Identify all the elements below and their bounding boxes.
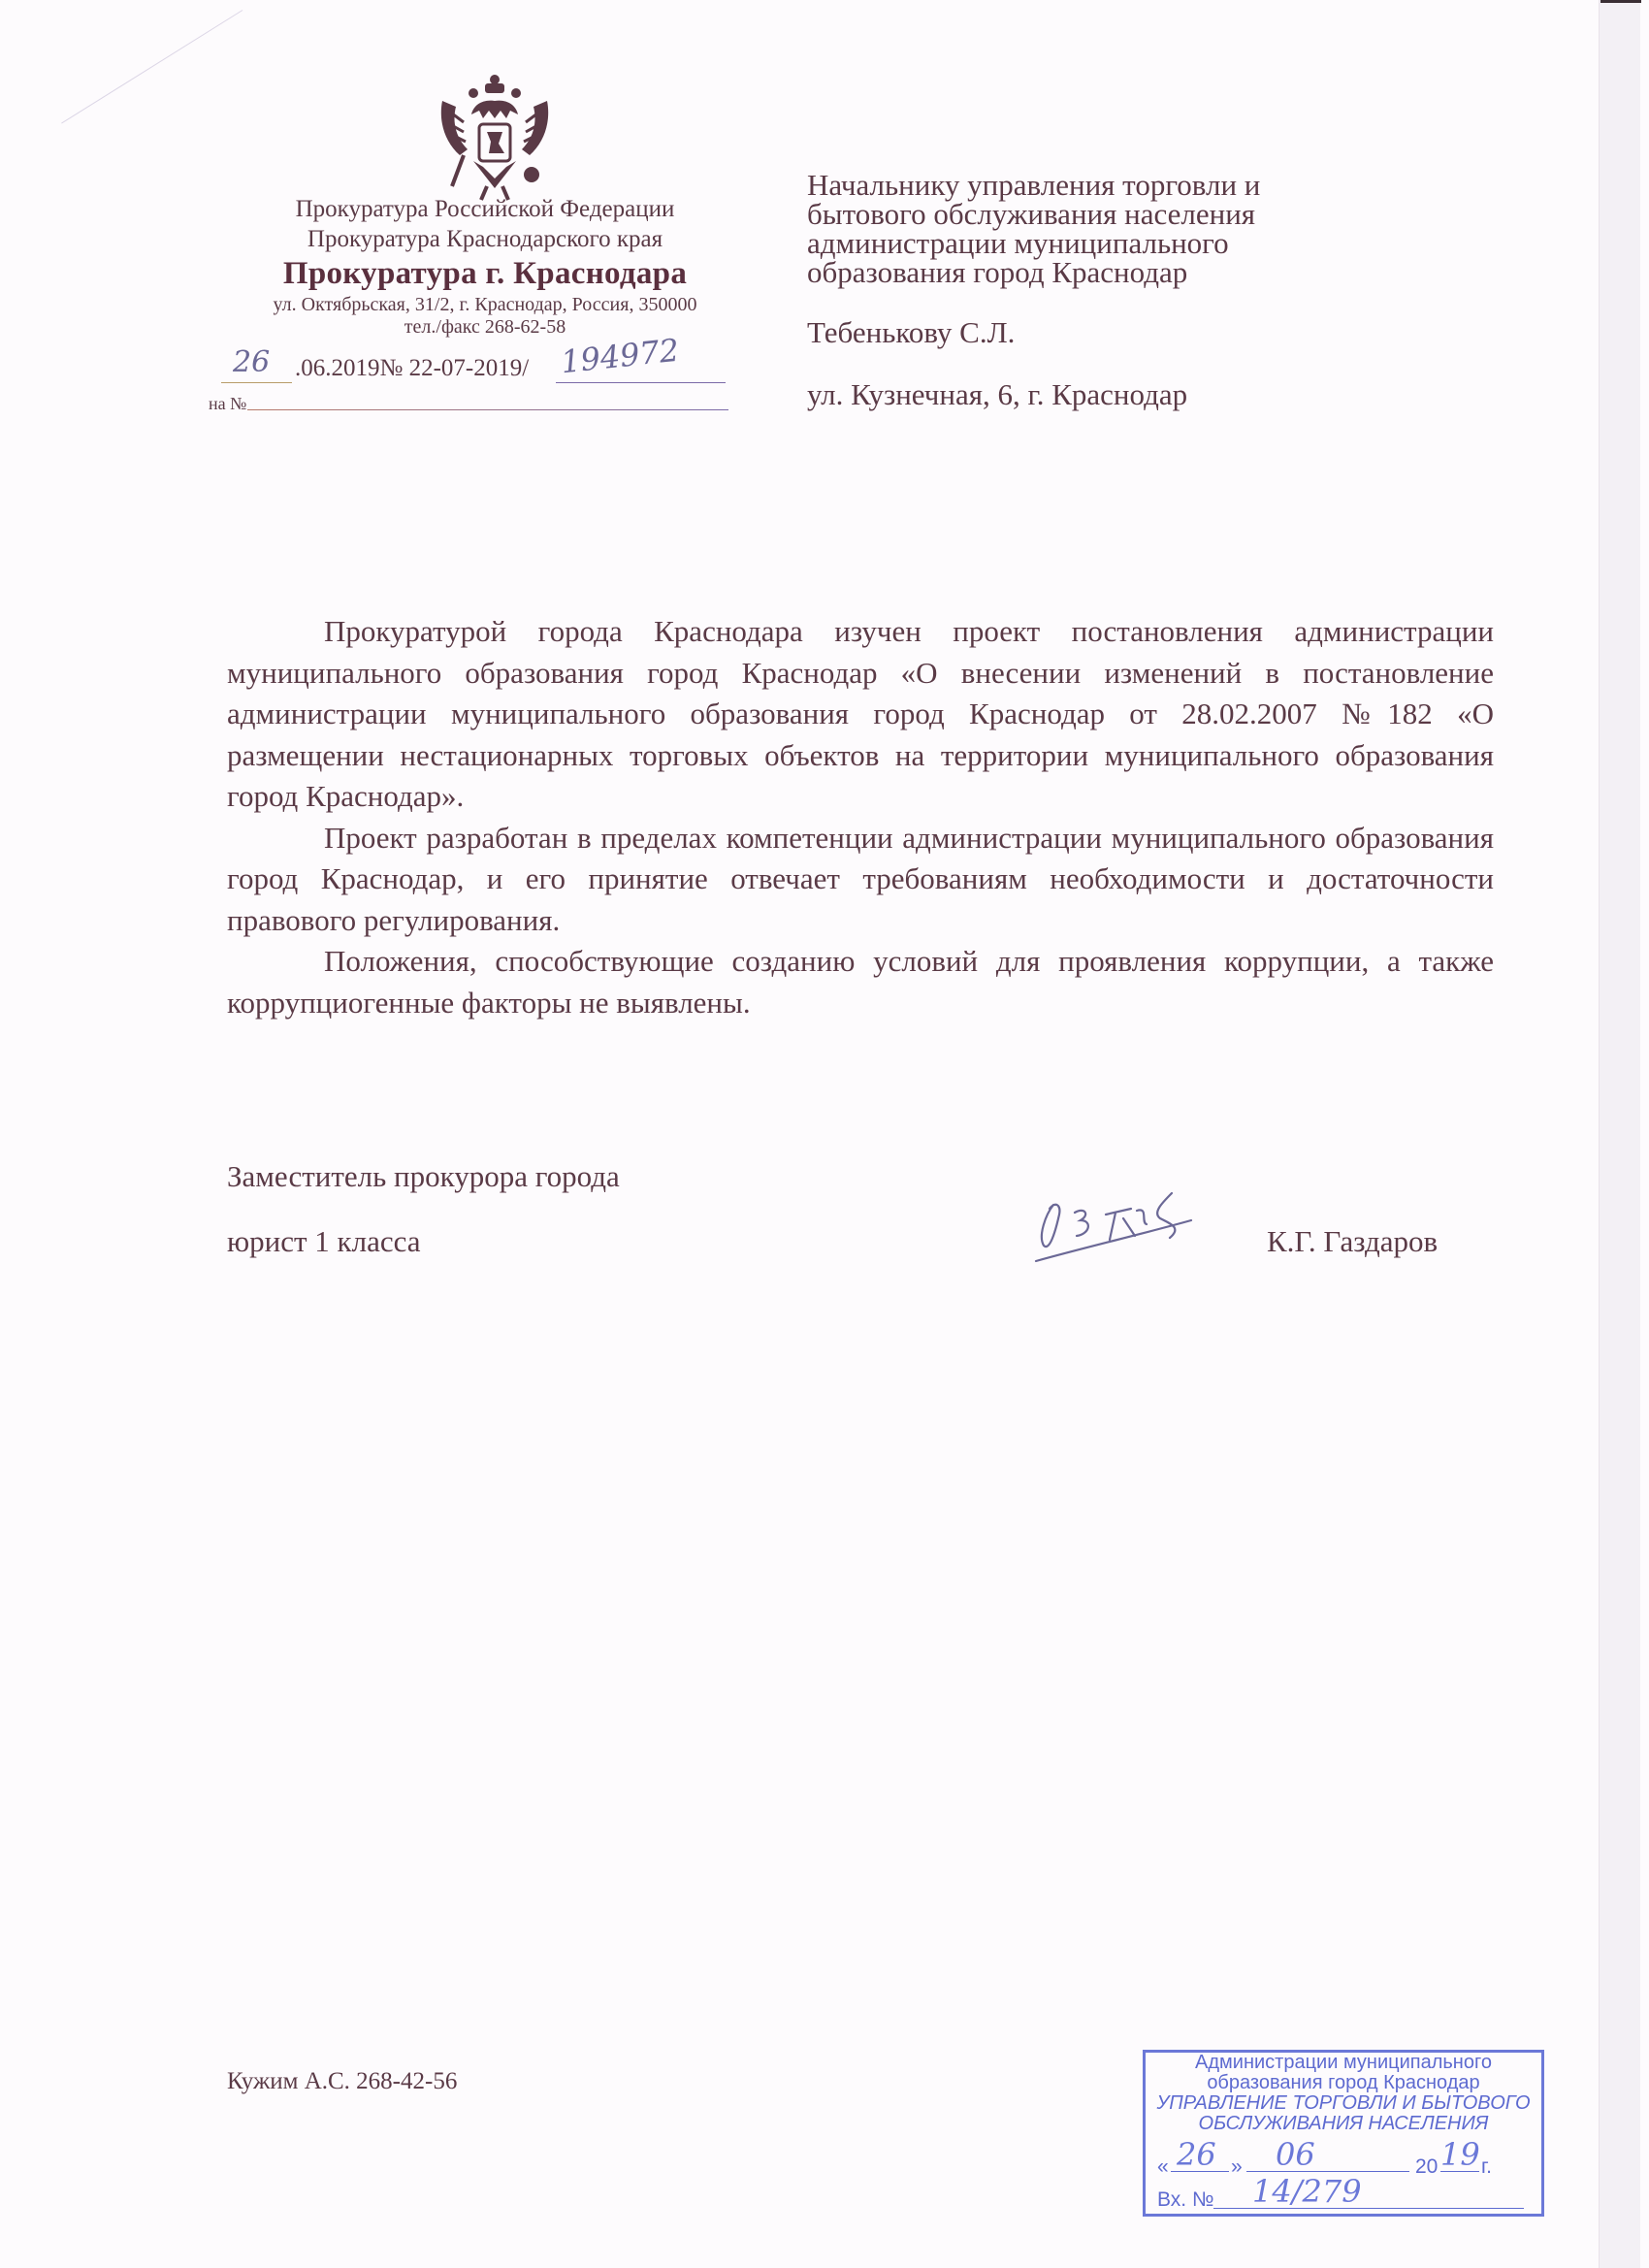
paper-fold-line: [61, 10, 242, 123]
addressee-block: Начальнику управления торговли и бытовог…: [807, 171, 1408, 411]
executor-contact: Кужим А.С. 268-42-56: [227, 2068, 457, 2095]
body-paragraph: Прокуратурой города Краснодара изучен пр…: [227, 611, 1494, 818]
addressee-position-line: Начальнику управления торговли и: [807, 171, 1408, 200]
sender-header: Прокуратура Российской Федерации Прокура…: [204, 194, 766, 338]
org-line-federal: Прокуратура Российской Федерации: [204, 194, 766, 224]
stamp-incoming-row: Вх. № 14/279: [1157, 2185, 1531, 2212]
stamp-quote-open: «: [1157, 2155, 1169, 2179]
stamp-incoming-field: 14/279: [1213, 2179, 1524, 2209]
stamp-day-field: 26: [1171, 2142, 1229, 2172]
reply-to-field: [247, 409, 728, 410]
org-name: Прокуратура г. Краснодара: [204, 254, 766, 293]
outgoing-day-handwritten: 26: [233, 345, 270, 379]
addressee-name: Тебенькову С.Л.: [807, 316, 1408, 349]
signatory-rank: юрист 1 класса: [227, 1224, 421, 1259]
stamp-incoming-label: Вх. №: [1157, 2188, 1213, 2212]
body-paragraph: Положения, способствующие созданию услов…: [227, 941, 1494, 1023]
org-address: ул. Октябрьская, 31/2, г. Краснодар, Рос…: [204, 293, 766, 316]
stamp-year-prefix: 20: [1415, 2155, 1438, 2179]
stamp-line: ОБСЛУЖИВАНИЯ НАСЕЛЕНИЯ: [1146, 2114, 1541, 2134]
addressee-position-line: бытового обслуживания населения: [807, 200, 1408, 229]
incoming-registration-stamp: Администрации муниципального образования…: [1143, 2050, 1544, 2217]
stamp-incoming-handwritten: 14/279: [1252, 2173, 1362, 2210]
stamp-year-suffix-label: г.: [1481, 2155, 1492, 2179]
stamp-line: Администрации муниципального: [1146, 2053, 1541, 2073]
stamp-month-handwritten: 06: [1276, 2136, 1315, 2173]
stamp-day-handwritten: 26: [1177, 2136, 1216, 2173]
reply-to-label: на №: [209, 394, 246, 414]
letter-body: Прокуратурой города Краснодара изучен пр…: [227, 611, 1494, 1023]
stamp-quote-close: »: [1231, 2155, 1243, 2179]
signatory-title: Заместитель прокурора города: [227, 1159, 620, 1194]
outgoing-number-field: 194972: [556, 353, 726, 383]
scan-page-edge: [1599, 0, 1640, 2268]
stamp-year-handwritten: 19: [1440, 2136, 1480, 2173]
stamp-month-field: 06: [1246, 2142, 1409, 2172]
org-line-regional: Прокуратура Краснодарского края: [204, 224, 766, 254]
signatory-name: К.Г. Газдаров: [1267, 1224, 1438, 1259]
stamp-line: образования город Краснодар: [1146, 2073, 1541, 2093]
addressee-address: ул. Кузнечная, 6, г. Краснодар: [807, 378, 1408, 411]
stamp-year-field: 19: [1440, 2142, 1479, 2172]
handwritten-signature-icon: [1026, 1176, 1235, 1263]
coat-of-arms-icon: [435, 72, 555, 202]
outgoing-number-handwritten: 194972: [559, 332, 680, 381]
outgoing-day-field: 26: [221, 353, 292, 383]
addressee-position-line: администрации муниципального: [807, 229, 1408, 258]
org-phone: тел./факс 268-62-58: [204, 316, 766, 338]
outgoing-printed: .06.2019№ 22-07-2019/: [295, 355, 529, 382]
reply-to-row: на №: [209, 394, 732, 419]
stamp-line: УПРАВЛЕНИЕ ТОРГОВЛИ И БЫТОВОГО: [1146, 2093, 1541, 2114]
scan-edge-shadow: [1600, 0, 1641, 3]
body-paragraph: Проект разработан в пределах компетенции…: [227, 818, 1494, 942]
addressee-position-line: образования город Краснодар: [807, 258, 1408, 287]
